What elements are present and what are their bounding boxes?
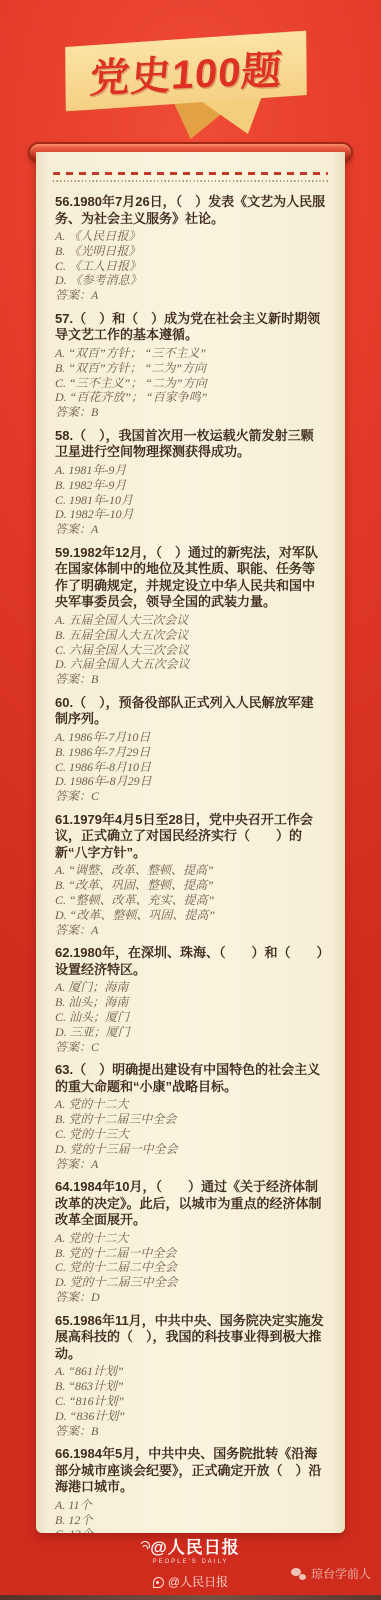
answer-line: 答案：B	[55, 405, 326, 420]
question-block: 62.1980年，在深圳、珠海、（ ）和（ ）设置经济特区。 A. 厦门；海南 …	[55, 945, 326, 1054]
option: D. 1986年-8月29日	[55, 774, 326, 789]
logo-row: @人民日报	[0, 1539, 381, 1557]
option: B. “双百”方针； “二为”方向	[55, 361, 326, 376]
option: B. “863计划”	[55, 1379, 326, 1394]
answer-line: 答案：A	[55, 1157, 326, 1172]
dashed-divider	[53, 172, 328, 175]
option: C. 六届全国人大三次会议	[55, 643, 326, 658]
question-stem: 58.（ ），我国首次用一枚运载火箭发射三颗卫星进行空间物理探测获得成功。	[55, 428, 326, 461]
watermark-text: 琼台学前人	[311, 1567, 371, 1581]
answer-value: A	[91, 522, 98, 536]
question-block: 65.1986年11月，中共中央、国务院决定实施发展高科技的（ ），我国的科技事…	[55, 1313, 326, 1438]
option: D. 1982年-10月	[55, 507, 326, 522]
option-list: A. “双百”方针； “三不主义” B. “双百”方针； “二为”方向 C. “…	[55, 346, 326, 405]
watermark: 琼台学前人	[291, 1567, 371, 1581]
question-stem: 60.（ ），预备役部队正式列入人民解放军建制序列。	[55, 695, 326, 728]
question-stem: 61.1979年4月5日至28日，党中央召开工作会议，正式确立了对国民经济实行（…	[55, 812, 326, 862]
answer-value: B	[91, 405, 98, 419]
answer-value: A	[91, 288, 98, 302]
quiz-paper: 56.1980年7月26日，（ ）发表《文艺为人民服务、为社会主义服务》社论。 …	[36, 152, 345, 1533]
question-stem: 65.1986年11月，中共中央、国务院决定实施发展高科技的（ ），我国的科技事…	[55, 1313, 326, 1363]
option: D. “改革、整顿、巩固、提高”	[55, 908, 326, 923]
option: A. 党的十二大	[55, 1231, 326, 1246]
answer-label: 答案：	[55, 1157, 91, 1171]
option: A. 11个	[55, 1498, 326, 1513]
logo-tagline: PEOPLE'S DAILY	[0, 1558, 381, 1566]
question-block: 64.1984年10月，（ ）通过《关于经济体制改革的决定》。此后，以城市为重点…	[55, 1179, 326, 1304]
option: B. 12个	[55, 1513, 326, 1528]
option: B. 党的十二届一中全会	[55, 1246, 326, 1261]
question-block: 61.1979年4月5日至28日，党中央召开工作会议，正式确立了对国民经济实行（…	[55, 812, 326, 937]
weibo-icon	[153, 1577, 164, 1588]
dotted-divider	[53, 180, 328, 182]
option: A. “861计划”	[55, 1364, 326, 1379]
question-stem: 64.1984年10月，（ ）通过《关于经济体制改革的决定》。此后，以城市为重点…	[55, 1179, 326, 1229]
option: D. 党的十三届一中全会	[55, 1142, 326, 1157]
option: C. 党的十三大	[55, 1127, 326, 1142]
option-list: A. 《人民日报》 B. 《光明日报》 C. 《工人日报》 D. 《参考消息》	[55, 229, 326, 288]
option: A. 党的十二大	[55, 1097, 326, 1112]
option: C. “三不主义”； “二为”方向	[55, 376, 326, 391]
answer-label: 答案：	[55, 789, 91, 803]
peoples-daily-logo: @人民日报 PEOPLE'S DAILY	[0, 1539, 381, 1566]
option-list: A. “861计划” B. “863计划” C. “816计划” D. “836…	[55, 1364, 326, 1423]
answer-line: 答案：A	[55, 522, 326, 537]
answer-label: 答案：	[55, 288, 91, 302]
answer-label: 答案：	[55, 1290, 91, 1304]
answer-line: 答案：A	[55, 923, 326, 938]
option: B. 1986年-7月29日	[55, 745, 326, 760]
page-title: 党史100题	[88, 38, 285, 104]
answer-line: 答案：A	[55, 288, 326, 303]
wechat-icon	[291, 1568, 306, 1580]
question-stem: 57.（ ）和（ ）成为党在社会主义新时期领导文艺工作的基本遵循。	[55, 311, 326, 344]
answer-line: 答案：B	[55, 672, 326, 687]
option: B. 五届全国人大五次会议	[55, 628, 326, 643]
bottom-edge-strip	[0, 1595, 381, 1600]
option: C. 党的十二届二中全会	[55, 1260, 326, 1275]
question-block: 57.（ ）和（ ）成为党在社会主义新时期领导文艺工作的基本遵循。 A. “双百…	[55, 311, 326, 420]
option: B. 《光明日报》	[55, 244, 326, 259]
option: D. 六届全国人大五次会议	[55, 657, 326, 672]
option-list: A. 五届全国人大三次会议 B. 五届全国人大五次会议 C. 六届全国人大三次会…	[55, 613, 326, 672]
answer-label: 答案：	[55, 1040, 91, 1054]
answer-line: 答案：C	[55, 789, 326, 804]
question-stem: 56.1980年7月26日，（ ）发表《文艺为人民服务、为社会主义服务》社论。	[55, 194, 326, 227]
weibo-handle-text: @人民日报	[168, 1575, 228, 1589]
option: B. “改革、巩固、整顿、提高”	[55, 878, 326, 893]
option: A. 1981年-9月	[55, 463, 326, 478]
answer-label: 答案：	[55, 672, 91, 686]
option-list: A. 1986年-7月10日 B. 1986年-7月29日 C. 1986年-8…	[55, 730, 326, 789]
question-block: 59.1982年12月，（ ）通过的新宪法，对军队在国家体制中的地位及其性质、职…	[55, 545, 326, 687]
option-list: A. 党的十二大 B. 党的十二届一中全会 C. 党的十二届二中全会 D. 党的…	[55, 1231, 326, 1290]
option: D. 三亚；厦门	[55, 1025, 326, 1040]
question-stem: 66.1984年5月，中共中央、国务院批转《沿海部分城市座谈会纪要》，正式确定开…	[55, 1446, 326, 1496]
option-list: A. 1981年-9月 B. 1982年-9月 C. 1981年-10月 D. …	[55, 463, 326, 522]
option: C. 1986年-8月10日	[55, 760, 326, 775]
option: A. “双百”方针； “三不主义”	[55, 346, 326, 361]
answer-value: A	[91, 923, 98, 937]
option: A. 五届全国人大三次会议	[55, 613, 326, 628]
answer-label: 答案：	[55, 405, 91, 419]
option-list: A. “调整、改革、整顿、提高” B. “改革、巩固、整顿、提高” C. “整顿…	[55, 863, 326, 922]
option: B. 1982年-9月	[55, 478, 326, 493]
logo-name: 人民日报	[168, 1538, 240, 1557]
question-block: 63.（ ）明确提出建设有中国特色的社会主义的重大命题和“小康”战略目标。 A.…	[55, 1062, 326, 1171]
question-stem: 63.（ ）明确提出建设有中国特色的社会主义的重大命题和“小康”战略目标。	[55, 1062, 326, 1095]
answer-value: C	[91, 1040, 99, 1054]
question-block: 56.1980年7月26日，（ ）发表《文艺为人民服务、为社会主义服务》社论。 …	[55, 194, 326, 303]
answer-line: 答案：D	[55, 1290, 326, 1305]
title-banner-ribbon: 党史100题	[63, 31, 310, 112]
question-block: 60.（ ），预备役部队正式列入人民解放军建制序列。 A. 1986年-7月10…	[55, 695, 326, 804]
option-list: A. 党的十二大 B. 党的十二届三中全会 C. 党的十三大 D. 党的十三届一…	[55, 1097, 326, 1156]
answer-value: B	[91, 1424, 98, 1438]
question-block: 58.（ ），我国首次用一枚运载火箭发射三颗卫星进行空间物理探测获得成功。 A.…	[55, 428, 326, 537]
signal-waves-icon	[141, 1541, 149, 1553]
option: C. “816计划”	[55, 1394, 326, 1409]
answer-value: D	[91, 1290, 100, 1304]
option: A. 厦门；海南	[55, 980, 326, 995]
answer-label: 答案：	[55, 522, 91, 536]
option: A. 1986年-7月10日	[55, 730, 326, 745]
at-symbol: @	[150, 1538, 168, 1557]
answer-value: A	[91, 1157, 98, 1171]
option: B. 党的十二届三中全会	[55, 1112, 326, 1127]
question-stem: 59.1982年12月，（ ）通过的新宪法，对军队在国家体制中的地位及其性质、职…	[55, 545, 326, 611]
option: C. 汕头；厦门	[55, 1010, 326, 1025]
option: D. 党的十二届三中全会	[55, 1275, 326, 1290]
option: B. 汕头；海南	[55, 995, 326, 1010]
option: C. 1981年-10月	[55, 493, 326, 508]
answer-line: 答案：C	[55, 1040, 326, 1055]
option: C. 《工人日报》	[55, 259, 326, 274]
answer-value: C	[91, 789, 99, 803]
option: D. “百花齐放”； “百家争鸣”	[55, 390, 326, 405]
answer-line: 答案：B	[55, 1424, 326, 1439]
question-stem: 62.1980年，在深圳、珠海、（ ）和（ ）设置经济特区。	[55, 945, 326, 978]
footer: @人民日报 PEOPLE'S DAILY @人民日报 琼台学前人	[0, 1533, 381, 1595]
answer-label: 答案：	[55, 923, 91, 937]
option-list: A. 11个 B. 12个 C. 13个 D. 14个	[55, 1498, 326, 1533]
option: A. 《人民日报》	[55, 229, 326, 244]
question-list: 56.1980年7月26日，（ ）发表《文艺为人民服务、为社会主义服务》社论。 …	[36, 182, 345, 1533]
option: A. “调整、改革、整顿、提高”	[55, 863, 326, 878]
option: C. “整顿、改革、充实、提高”	[55, 893, 326, 908]
answer-value: B	[91, 672, 98, 686]
question-block: 66.1984年5月，中共中央、国务院批转《沿海部分城市座谈会纪要》，正式确定开…	[55, 1446, 326, 1533]
answer-label: 答案：	[55, 1424, 91, 1438]
poster: 党史100题 56.1980年7月26日，（ ）发表《文艺为人民服务、为社会主义…	[0, 0, 381, 1600]
option-list: A. 厦门；海南 B. 汕头；海南 C. 汕头；厦门 D. 三亚；厦门	[55, 980, 326, 1039]
option: D. 《参考消息》	[55, 273, 326, 288]
option: D. “836计划”	[55, 1409, 326, 1424]
